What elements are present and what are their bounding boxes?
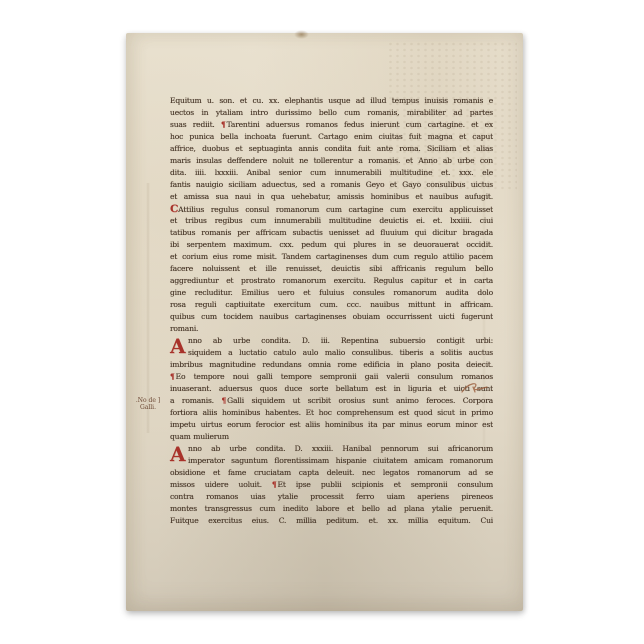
text-line: inuaserant. aduersus quos duce sorte bel… <box>170 383 493 395</box>
rubricated-initial: A <box>170 335 188 358</box>
text-line: rosa reguli captiuitate exercitum cum. c… <box>170 299 493 311</box>
text-line: siquidem a luctatio catulo aulo malio co… <box>188 347 493 359</box>
text-line: tatibus romanis per affricam subactis ue… <box>170 227 493 239</box>
text-line: fortiora aliis hominibus habentes. Et ho… <box>170 407 493 419</box>
paraph-mark: ¶ <box>221 120 226 129</box>
text-line: Fuitque exercitus eius. C. millia peditu… <box>170 515 493 527</box>
paraph-mark: ¶ <box>170 372 175 381</box>
text-line: a romanis. ¶Galli siquidem ut scribit or… <box>170 395 493 407</box>
text-line: et corium eius rome misit. Tandem cartag… <box>170 251 493 263</box>
text-line: ¶Eo tempore noui galli tempore sempronii… <box>170 371 493 383</box>
text-line: dita. iiii. lxxxiii. Anibal senior cum i… <box>170 167 493 179</box>
text-line: imperator saguntum florentissimam hispan… <box>188 455 493 467</box>
text-line: uectos in ytaliam intro durissimo bello … <box>170 107 493 119</box>
text-line: et amissa sua naui in qua uehebatur, ami… <box>170 191 493 203</box>
text-line: ibi serpentem maximum. cxx. pedum qui pl… <box>170 239 493 251</box>
rubricated-initial: C <box>170 203 178 215</box>
text-line: fantis nauigio siciliam aduectus, sed a … <box>170 179 493 191</box>
text-line: romani. <box>170 323 493 335</box>
nota-flourish-mark <box>460 379 490 397</box>
text-line: gine recluditur. Emilius uero et fuluius… <box>170 287 493 299</box>
text-line: quam mulierum <box>170 431 493 443</box>
text-line: CAttilius regulus consul romanorum cum c… <box>170 203 493 215</box>
text-line: imbribus magnitudine redundans omnia rom… <box>170 359 493 371</box>
text-line: missos uidere uoluit. ¶Et ipse publii sc… <box>170 479 493 491</box>
ink-stain <box>294 30 309 39</box>
text-line: aggrediuntur et prostrato romanorum exer… <box>170 275 493 287</box>
paragraph: Anno ab urbe condita. D. iii. Repentina … <box>170 335 493 443</box>
text-line: facere noluissent et ille renuisset, deu… <box>170 263 493 275</box>
text-line: montes transgressus cum inedito labore e… <box>170 503 493 515</box>
margin-note-line: Galli. <box>128 404 168 411</box>
text-line: hoc punica bella inchoata fuerunt. Carta… <box>170 131 493 143</box>
paragraph: CAttilius regulus consul romanorum cum c… <box>170 203 493 335</box>
margin-note: .No de ] Galli. <box>128 397 168 411</box>
rubricated-initial: A <box>170 443 188 466</box>
margin-note-line: .No de ] <box>128 397 168 404</box>
text-line: contra romanos uias ytalie processit fer… <box>170 491 493 503</box>
paraph-mark: ¶ <box>272 480 277 489</box>
text-line: quibus cum tocidem nauibus cartaginenses… <box>170 311 493 323</box>
text-line: maris insulas deffendere noluit ne tolle… <box>170 155 493 167</box>
text-line: affrice, duobus et septuaginta annis con… <box>170 143 493 155</box>
paragraph: Equitum u. son. et cu. xx. elephantis us… <box>170 95 493 203</box>
parchment-sheet: Equitum u. son. et cu. xx. elephantis us… <box>126 33 523 611</box>
text-line: et tribus regibus cum innumerabili multi… <box>170 215 493 227</box>
paraph-mark: ¶ <box>221 396 226 405</box>
paragraph: Anno ab urbe condita. D. xxxiii. Hanibal… <box>170 443 493 527</box>
manuscript-text-block: Equitum u. son. et cu. xx. elephantis us… <box>170 95 493 527</box>
text-line: Equitum u. son. et cu. xx. elephantis us… <box>170 95 493 107</box>
text-line: obsidione et fame cruciatam capta deleui… <box>170 467 493 479</box>
text-line: suas rediit. ¶Tarentini aduersus romanos… <box>170 119 493 131</box>
text-line: impetu uirtus eorum ferocior est aliis h… <box>170 419 493 431</box>
parchment-crease <box>146 183 150 433</box>
text-line: nno ab urbe condita. D. iii. Repentina s… <box>188 335 493 347</box>
text-line: nno ab urbe condita. D. xxxiii. Hanibal … <box>188 443 493 455</box>
poster-photo: { "poster": { "description": "medieval-m… <box>0 0 644 644</box>
